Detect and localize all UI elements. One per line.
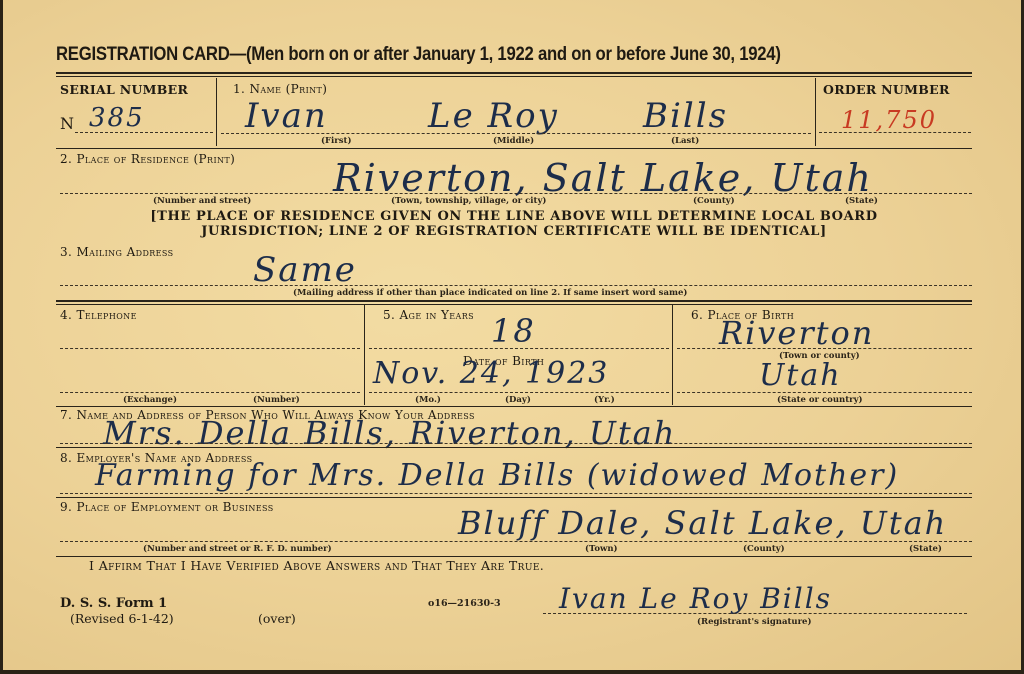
employment-place-value: Bluff Dale, Salt Lake, Utah bbox=[458, 504, 947, 542]
registration-card: REGISTRATION CARD—(Men born on or after … bbox=[3, 0, 1021, 670]
dob-year-caption: (Yr.) bbox=[594, 395, 615, 405]
row-rule bbox=[56, 300, 972, 302]
serial-number-label: SERIAL NUMBER bbox=[60, 82, 188, 97]
birthplace-town-line bbox=[677, 348, 972, 349]
birthplace-state-value: Utah bbox=[759, 358, 842, 393]
row-rule bbox=[56, 148, 972, 149]
title-rule-2 bbox=[56, 76, 972, 77]
birthplace-state-caption: (State or country) bbox=[777, 395, 863, 405]
print-code: o16—21630-3 bbox=[428, 598, 501, 609]
row-rule bbox=[56, 406, 972, 407]
name-first-caption: (First) bbox=[321, 136, 352, 146]
registrant-signature: Ivan Le Roy Bills bbox=[559, 582, 832, 615]
employment-town-caption: (Town) bbox=[585, 544, 618, 554]
mailing-caption: (Mailing address if other than place ind… bbox=[293, 288, 687, 298]
name-last-caption: (Last) bbox=[671, 136, 699, 146]
contact-line bbox=[60, 443, 972, 444]
residence-label: 2. Place of Residence (Print) bbox=[60, 152, 235, 166]
employer-value: Farming for Mrs. Della Bills (widowed Mo… bbox=[95, 458, 899, 493]
name-middle-value: Le Roy bbox=[428, 96, 559, 136]
employment-place-label: 9. Place of Employment or Business bbox=[60, 500, 274, 514]
telephone-line-1 bbox=[60, 348, 360, 349]
telephone-exchange-caption: (Exchange) bbox=[123, 395, 177, 405]
age-label: 5. Age in Years bbox=[383, 308, 474, 322]
dob-line bbox=[369, 392, 669, 393]
employment-county-caption: (County) bbox=[743, 544, 785, 554]
telephone-number-caption: (Number) bbox=[253, 395, 300, 405]
residence-street-caption: (Number and street) bbox=[153, 196, 251, 206]
dob-month-caption: (Mo.) bbox=[415, 395, 441, 405]
serial-prefix: N bbox=[60, 114, 74, 133]
dob-value: Nov. 24, 1923 bbox=[373, 356, 609, 391]
signature-caption: (Registrant's signature) bbox=[697, 617, 811, 627]
employment-street-caption: (Number and street or R. F. D. number) bbox=[143, 544, 332, 554]
serial-line bbox=[75, 132, 213, 133]
title-rule bbox=[56, 72, 972, 74]
jurisdiction-notice-1: [THE PLACE OF RESIDENCE GIVEN ON THE LIN… bbox=[56, 209, 972, 224]
age-value: 18 bbox=[491, 312, 536, 350]
serial-number-value: 385 bbox=[89, 103, 145, 133]
divider bbox=[815, 78, 816, 146]
age-line bbox=[369, 348, 669, 349]
row-rule bbox=[56, 447, 972, 448]
name-label: 1. Name (Print) bbox=[233, 82, 327, 96]
mailing-address-value: Same bbox=[253, 250, 357, 290]
employment-state-caption: (State) bbox=[909, 544, 942, 554]
residence-town-caption: (Town, township, village, or city) bbox=[391, 196, 546, 206]
order-number-value: 11,750 bbox=[841, 106, 937, 134]
residence-state-caption: (State) bbox=[845, 196, 878, 206]
name-middle-caption: (Middle) bbox=[493, 136, 534, 146]
name-last-value: Bills bbox=[643, 96, 728, 136]
card-title: REGISTRATION CARD—(Men born on or after … bbox=[56, 44, 781, 66]
employment-place-line bbox=[60, 541, 972, 542]
residence-county-caption: (County) bbox=[693, 196, 735, 206]
divider bbox=[364, 305, 365, 405]
over-note: (over) bbox=[258, 611, 296, 626]
name-first-value: Ivan bbox=[245, 96, 328, 136]
birthplace-state-line bbox=[677, 392, 972, 393]
jurisdiction-notice-2: JURISDICTION; LINE 2 OF REGISTRATION CER… bbox=[56, 224, 972, 239]
name-line bbox=[221, 133, 811, 134]
residence-line bbox=[60, 193, 972, 194]
birthplace-town-value: Riverton bbox=[719, 314, 874, 352]
mailing-address-label: 3. Mailing Address bbox=[60, 245, 174, 259]
form-id: D. S. S. Form 1 bbox=[60, 596, 167, 611]
telephone-label: 4. Telephone bbox=[60, 308, 137, 322]
dob-day-caption: (Day) bbox=[505, 395, 531, 405]
affirmation-text: I Affirm That I Have Verified Above Answ… bbox=[89, 558, 544, 573]
telephone-line-2 bbox=[60, 392, 360, 393]
order-number-label: ORDER NUMBER bbox=[823, 82, 950, 97]
divider bbox=[672, 305, 673, 405]
signature-line bbox=[543, 613, 967, 614]
form-revised: (Revised 6-1-42) bbox=[70, 611, 174, 626]
employer-line bbox=[60, 493, 972, 494]
order-line bbox=[819, 132, 971, 133]
divider bbox=[216, 78, 217, 146]
row-rule bbox=[56, 497, 972, 498]
mailing-line bbox=[60, 285, 972, 286]
row-rule-2 bbox=[56, 304, 972, 305]
row-rule bbox=[56, 556, 972, 557]
